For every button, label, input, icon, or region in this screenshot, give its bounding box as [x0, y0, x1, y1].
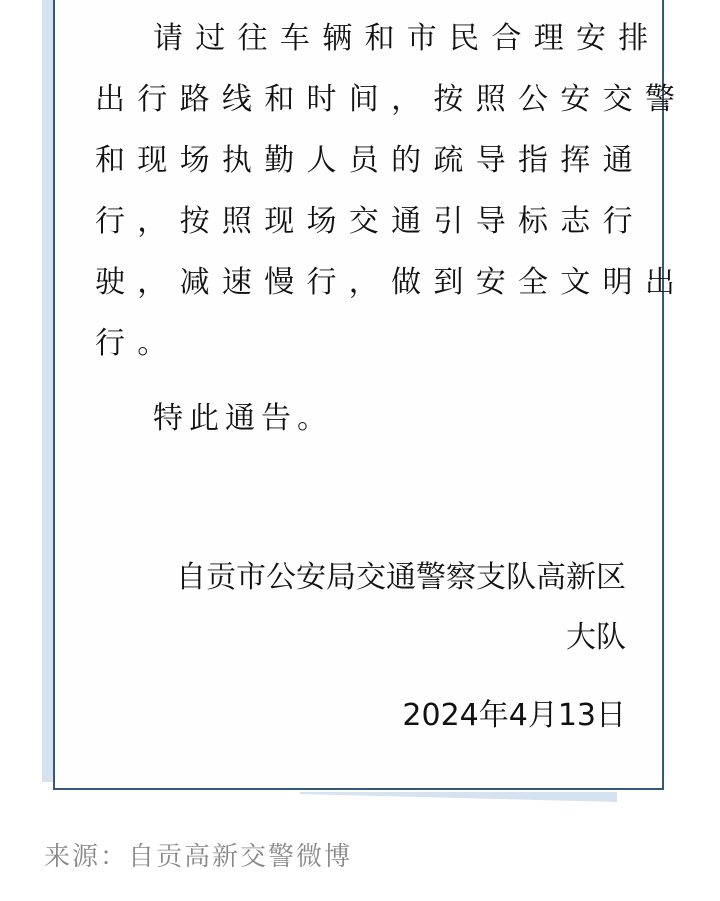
notice-line: 驶，减速慢行，做到安全文明出: [95, 252, 635, 313]
signature-issuer-line1: 自贡市公安局交通警察支队高新区: [176, 552, 626, 596]
notice-line: 行。: [95, 313, 635, 374]
source-credit: 来源：自贡高新交警微博: [44, 836, 352, 873]
notice-body: 请过往车辆和市民合理安排 出行路线和时间，按照公安交警 和现场执勤人员的疏导指挥…: [95, 8, 635, 374]
notice-line: 和现场执勤人员的疏导指挥通: [95, 130, 635, 191]
closing-statement: 特此通告。: [153, 388, 333, 449]
signature-issuer-line2: 大队: [566, 612, 626, 656]
notice-line: 出行路线和时间，按照公安交警: [95, 69, 635, 130]
notice-line: 请过往车辆和市民合理安排: [95, 8, 635, 69]
signature-date: 2024年4月13日: [402, 690, 626, 734]
notice-line: 行，按照现场交通引导标志行: [95, 191, 635, 252]
frame-shadow-bottom: [300, 792, 617, 802]
